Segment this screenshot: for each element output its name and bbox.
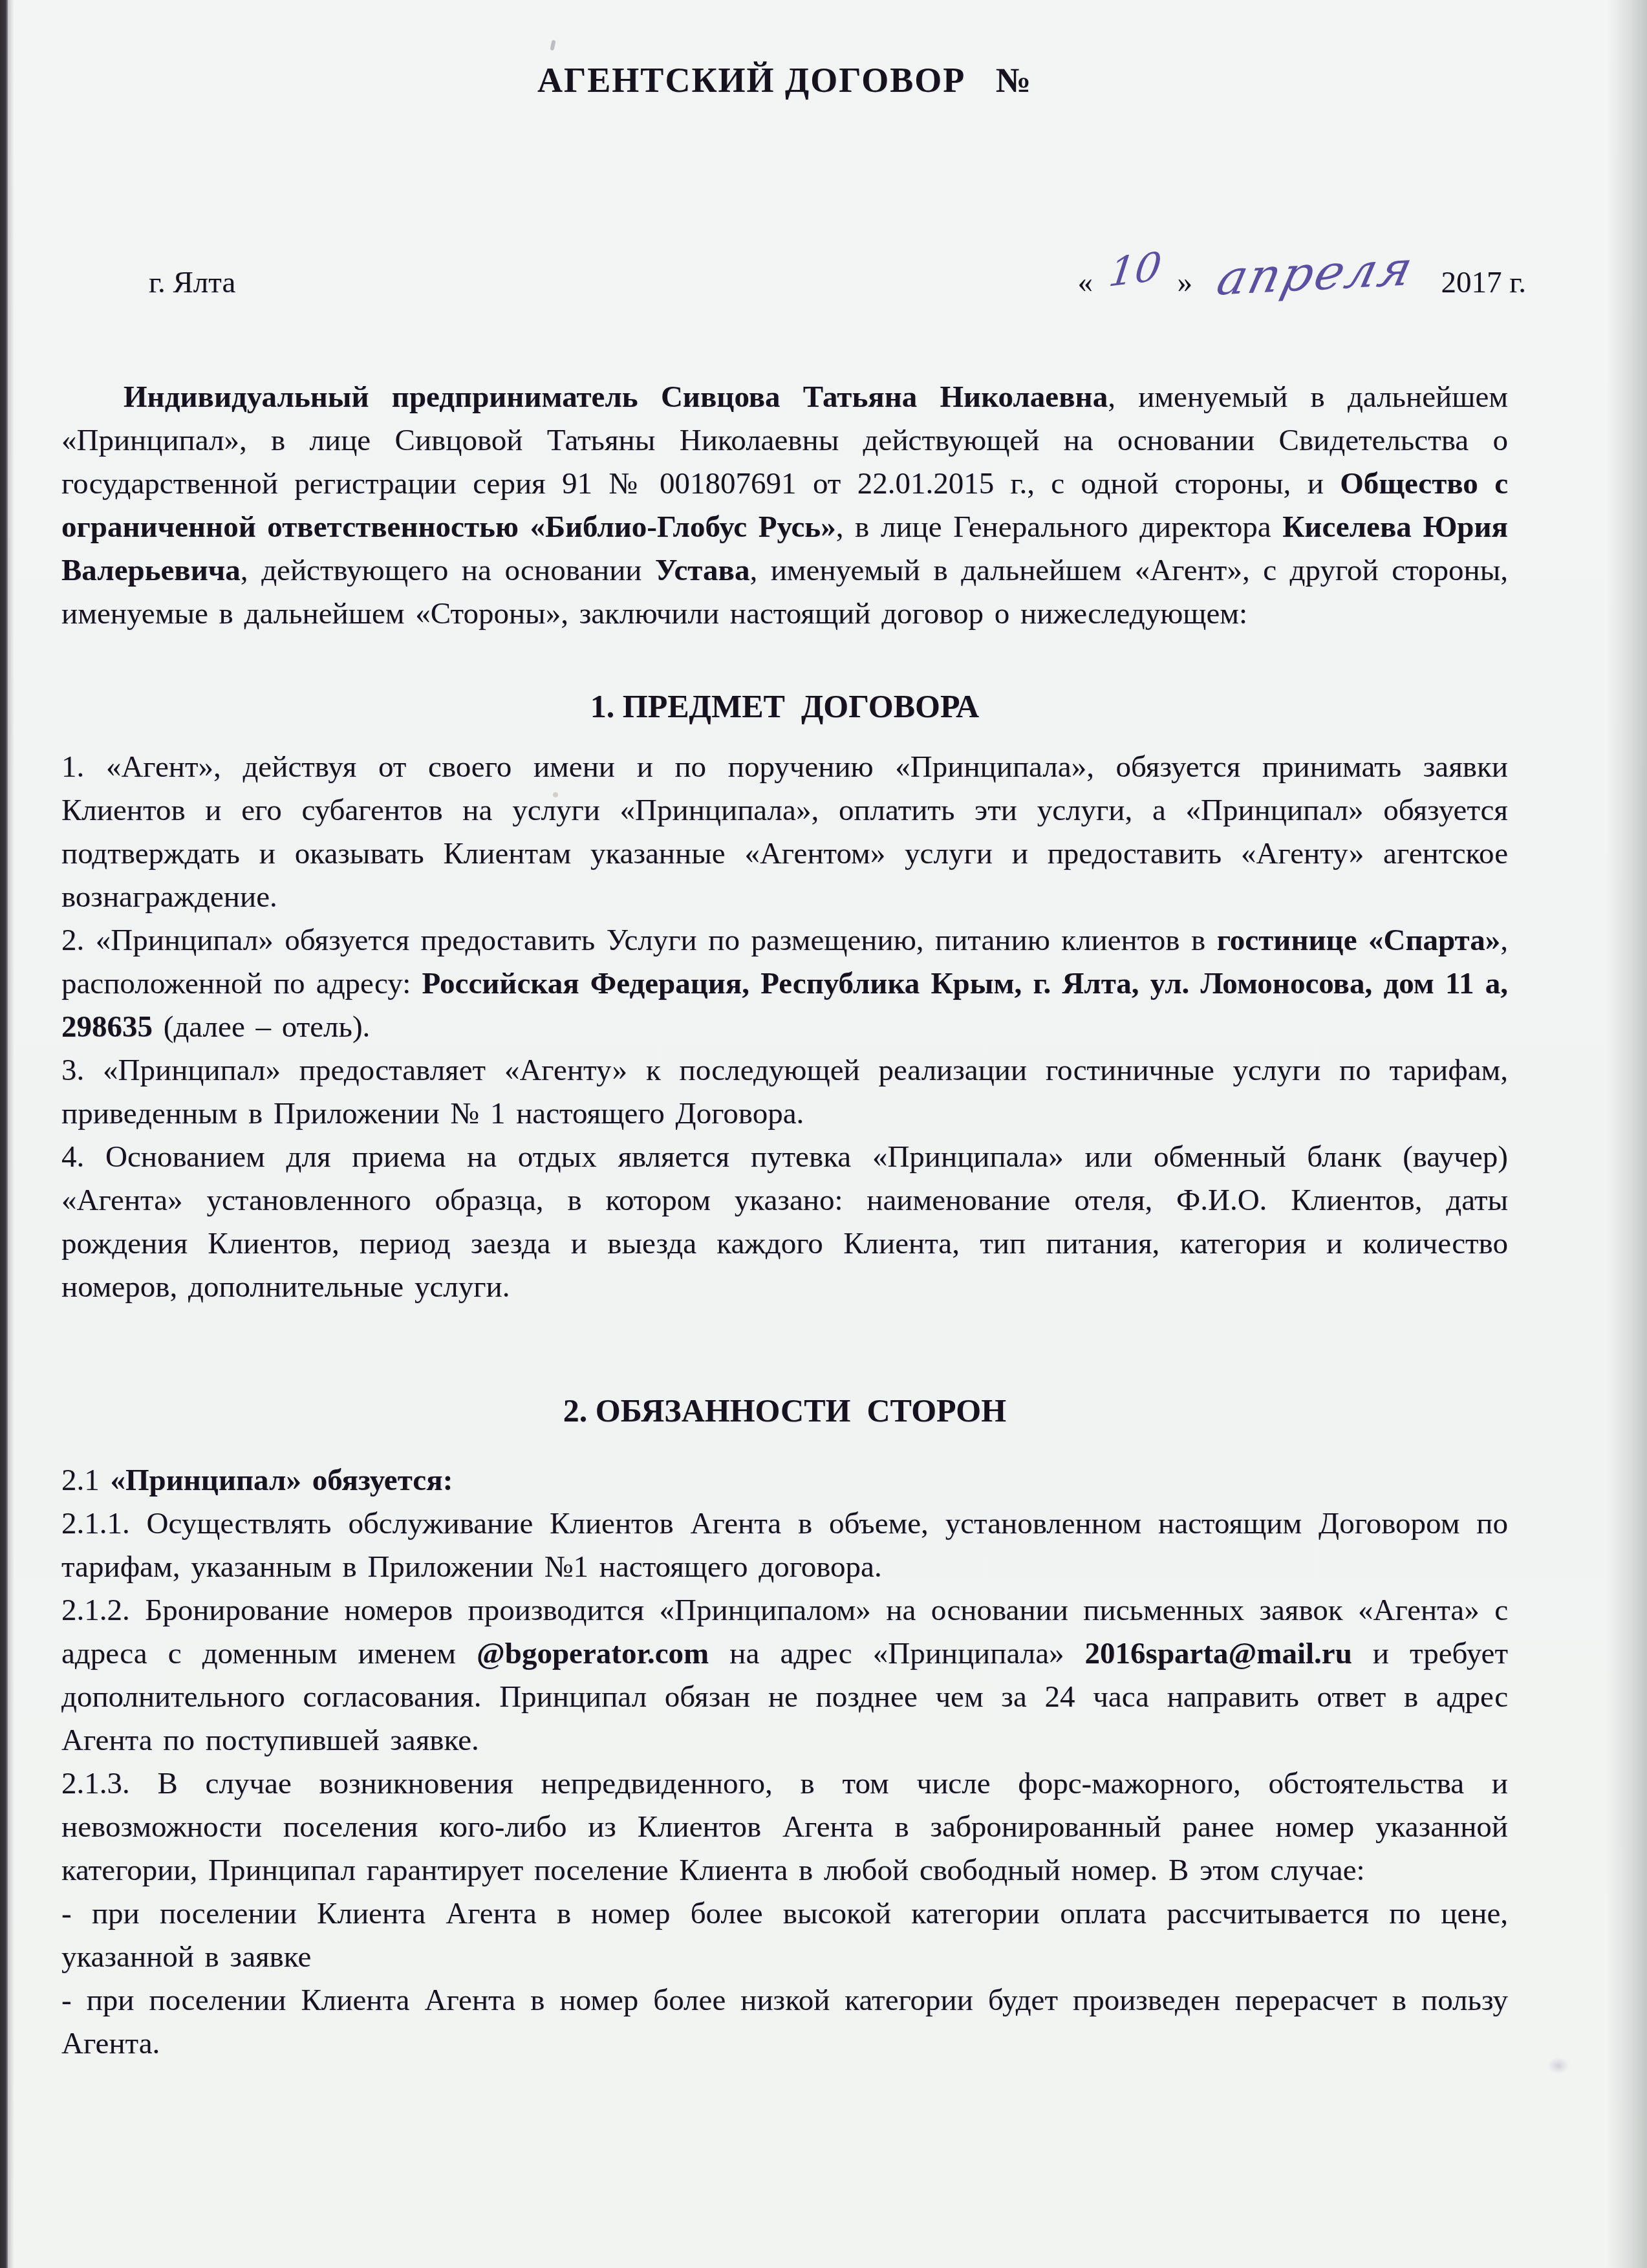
clause-2-1-heading: 2.1 «Принципал» обязуется: [61,1459,1508,1502]
clause-2-1-3-dash-2: - при поселении Клиента Агента в номер б… [61,1979,1508,2066]
scan-edge-left-shadow [8,0,14,2268]
contract-item-2: 2. «Принципал» обязуется предоставить Ус… [61,919,1508,1049]
section-2-heading: 2. ОБЯЗАННОСТИ СТОРОН [61,1390,1508,1431]
text-segment: 2.1.3. В случае возникновения непредвиде… [61,1767,1508,1887]
text-segment: , в лице Генерального директора [836,510,1283,544]
scan-smudge-artifact [1547,2057,1569,2074]
clause-2-1-2: 2.1.2. Бронирование номеров производится… [61,1589,1508,1762]
text-segment: (далее – отель). [153,1010,370,1044]
handwritten-month: апреля [1213,247,1418,300]
scan-edge-left-bar [0,0,8,2268]
year-label: 2017 г. [1441,266,1526,299]
bold-text-segment: 2016sparta@mail.ru [1085,1637,1352,1670]
bold-text-segment: Устава [655,554,749,587]
clause-2-1-3-dash-1: - при поселении Клиента Агента в номер б… [61,1892,1508,1979]
text-segment: на адрес «Принципала» [709,1637,1084,1670]
contract-item-3: 3. «Принципал» предоставляет «Агенту» к … [61,1049,1508,1136]
open-quote: « [1078,261,1093,305]
place-and-date-row: г. Ялта « 10 » апреля 2017 г. [61,255,1508,305]
document-title: АГЕНТСКИЙ ДОГОВОР № [61,0,1508,101]
contract-item-4: 4. Основанием для приема на отдых являет… [61,1136,1508,1309]
text-segment: 4. Основанием для приема на отдых являет… [61,1140,1508,1304]
text-segment: 3. «Принципал» предоставляет «Агенту» к … [61,1053,1508,1130]
text-segment: 2.1.1. Осуществлять обслуживание Клиенто… [61,1507,1508,1584]
bold-text-segment: гостинице «Спарта» [1217,923,1501,957]
text-segment: , действующего на основании [241,554,655,587]
place-label: г. Ялта [149,261,235,305]
section-1-heading: 1. ПРЕДМЕТ ДОГОВОРА [61,686,1508,726]
clause-2-1-1: 2.1.1. Осуществлять обслуживание Клиенто… [61,1502,1508,1589]
close-quote: » [1177,261,1192,305]
text-segment: 1. «Агент», действуя от своего имени и п… [61,750,1508,914]
scanned-contract-page: АГЕНТСКИЙ ДОГОВОР № г. Ялта « 10 » апрел… [0,0,1647,2268]
text-segment: 2. «Принципал» обязуется предоставить Ус… [61,923,1217,957]
date-group: « 10 » апреля 2017 г. [1078,255,1526,305]
scan-edge-right-band [1607,0,1647,2268]
bold-text-segment: @bgoperator.com [477,1637,709,1670]
contract-item-1: 1. «Агент», действуя от своего имени и п… [61,746,1508,919]
text-segment: - при поселении Клиента Агента в номер б… [61,1897,1508,1974]
bold-text-segment: Индивидуальный предприниматель Сивцова Т… [124,380,1108,414]
handwritten-day: 10 [1106,244,1164,294]
clause-2-1-3: 2.1.3. В случае возникновения непредвиде… [61,1762,1508,1892]
document-content: АГЕНТСКИЙ ДОГОВОР № г. Ялта « 10 » апрел… [61,0,1508,2066]
text-segment: 2.1 [61,1463,111,1497]
text-segment: - при поселении Клиента Агента в номер б… [61,1983,1508,2060]
preamble-paragraph: Индивидуальный предприниматель Сивцова Т… [61,376,1508,636]
bold-text-segment: «Принципал» обязуется: [111,1463,453,1497]
